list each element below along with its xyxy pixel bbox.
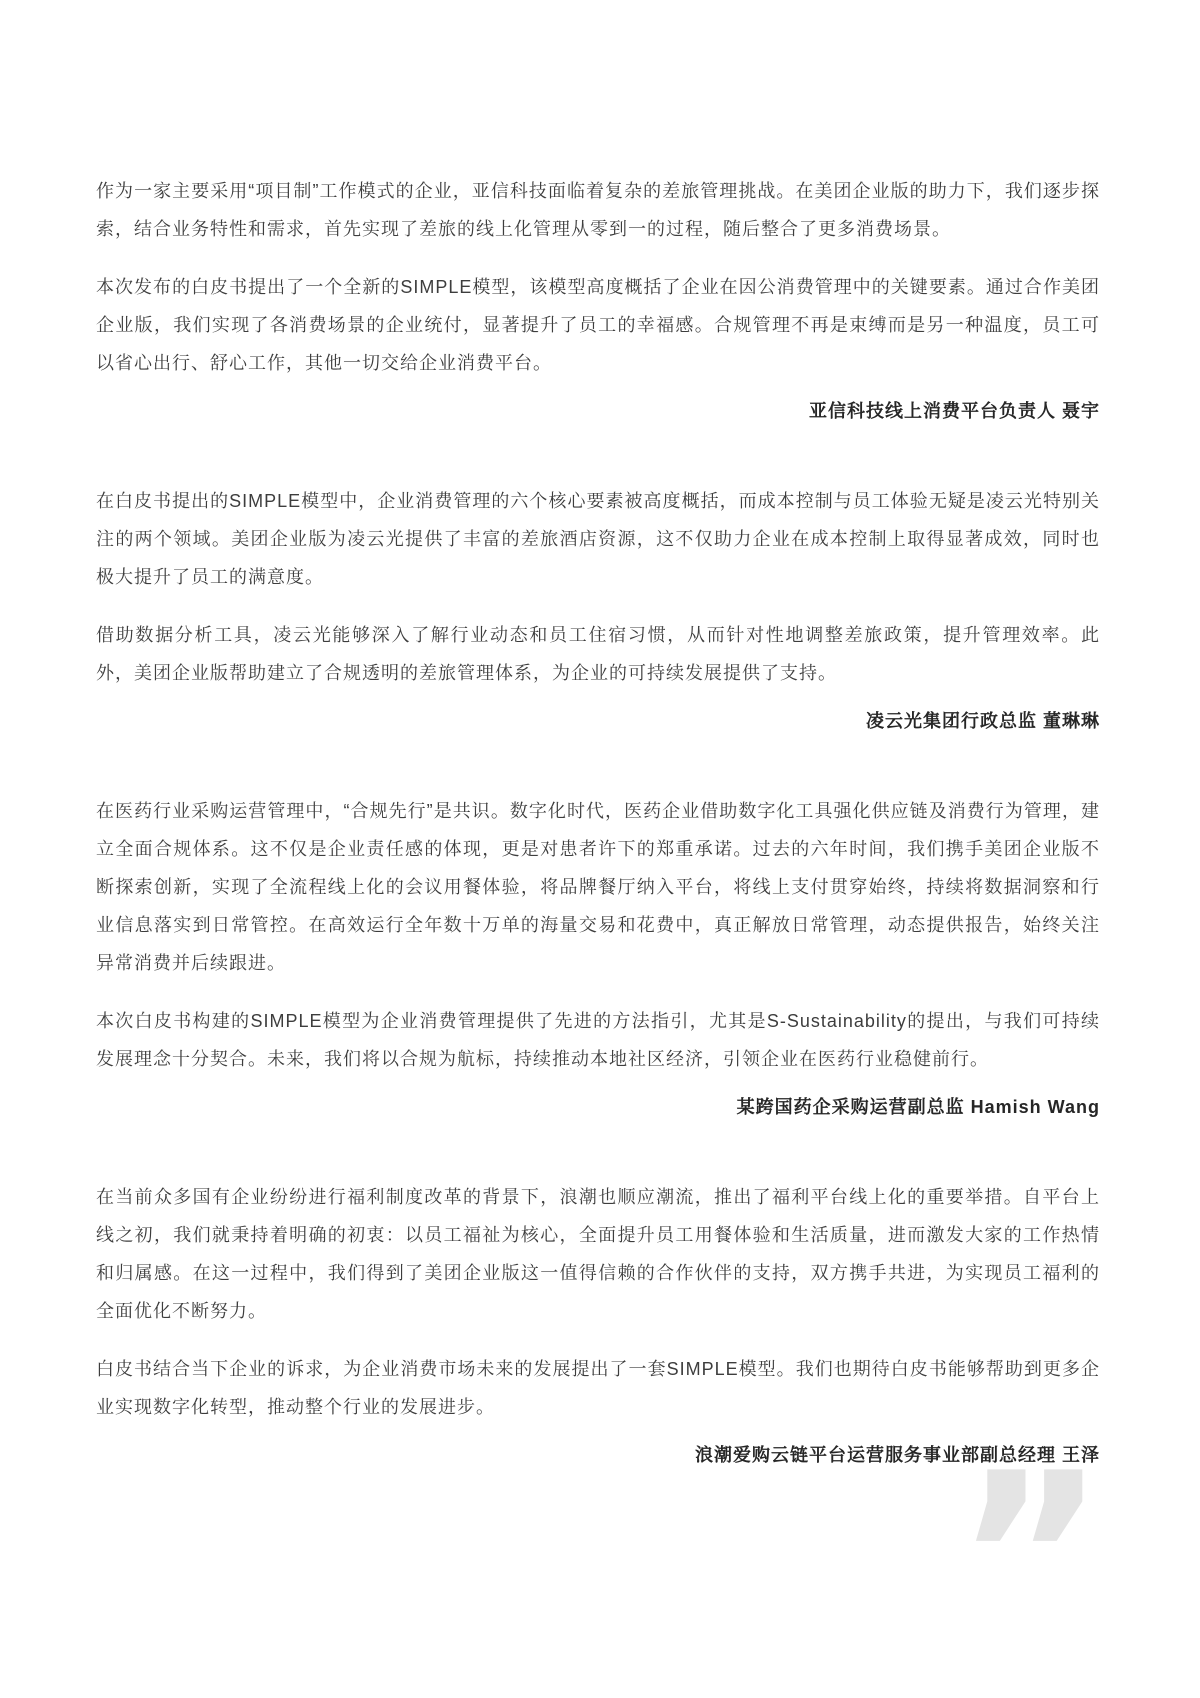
quote-paragraph: 借助数据分析工具，凌云光能够深入了解行业动态和员工住宿习惯，从而针对性地调整差旅… [96,616,1100,692]
quote-paragraph: 作为一家主要采用“项目制”工作模式的企业，亚信科技面临着复杂的差旅管理挑战。在美… [96,172,1100,248]
quote-block-luster: 在白皮书提出的SIMPLE模型中，企业消费管理的六个核心要素被高度概括，而成本控… [96,482,1100,740]
document-page: 作为一家主要采用“项目制”工作模式的企业，亚信科技面临着复杂的差旅管理挑战。在美… [0,0,1200,1698]
quote-attribution: 某跨国药企采购运营副总监 Hamish Wang [96,1088,1100,1126]
quote-attribution: 凌云光集团行政总监 董琳琳 [96,702,1100,740]
quote-paragraph: 本次白皮书构建的SIMPLE模型为企业消费管理提供了先进的方法指引，尤其是S-S… [96,1002,1100,1078]
quote-paragraph: 在医药行业采购运营管理中，“合规先行”是共识。数字化时代，医药企业借助数字化工具… [96,792,1100,982]
quote-attribution: 浪潮爱购云链平台运营服务事业部副总经理 王泽 [96,1436,1100,1474]
testimonials-section: 作为一家主要采用“项目制”工作模式的企业，亚信科技面临着复杂的差旅管理挑战。在美… [96,172,1100,1526]
quote-block-pharma: 在医药行业采购运营管理中，“合规先行”是共识。数字化时代，医药企业借助数字化工具… [96,792,1100,1126]
quote-paragraph: 在当前众多国有企业纷纷进行福利制度改革的背景下，浪潮也顺应潮流，推出了福利平台线… [96,1178,1100,1330]
quote-attribution: 亚信科技线上消费平台负责人 聂宇 [96,392,1100,430]
quote-paragraph: 本次发布的白皮书提出了一个全新的SIMPLE模型，该模型高度概括了企业在因公消费… [96,268,1100,382]
quote-paragraph: 在白皮书提出的SIMPLE模型中，企业消费管理的六个核心要素被高度概括，而成本控… [96,482,1100,596]
quote-block-inspur: 在当前众多国有企业纷纷进行福利制度改革的背景下，浪潮也顺应潮流，推出了福利平台线… [96,1178,1100,1474]
quote-paragraph: 白皮书结合当下企业的诉求，为企业消费市场未来的发展提出了一套SIMPLE模型。我… [96,1350,1100,1426]
closing-quote-icon: ” [955,1496,1106,1623]
quote-block-asiainfo: 作为一家主要采用“项目制”工作模式的企业，亚信科技面临着复杂的差旅管理挑战。在美… [96,172,1100,430]
